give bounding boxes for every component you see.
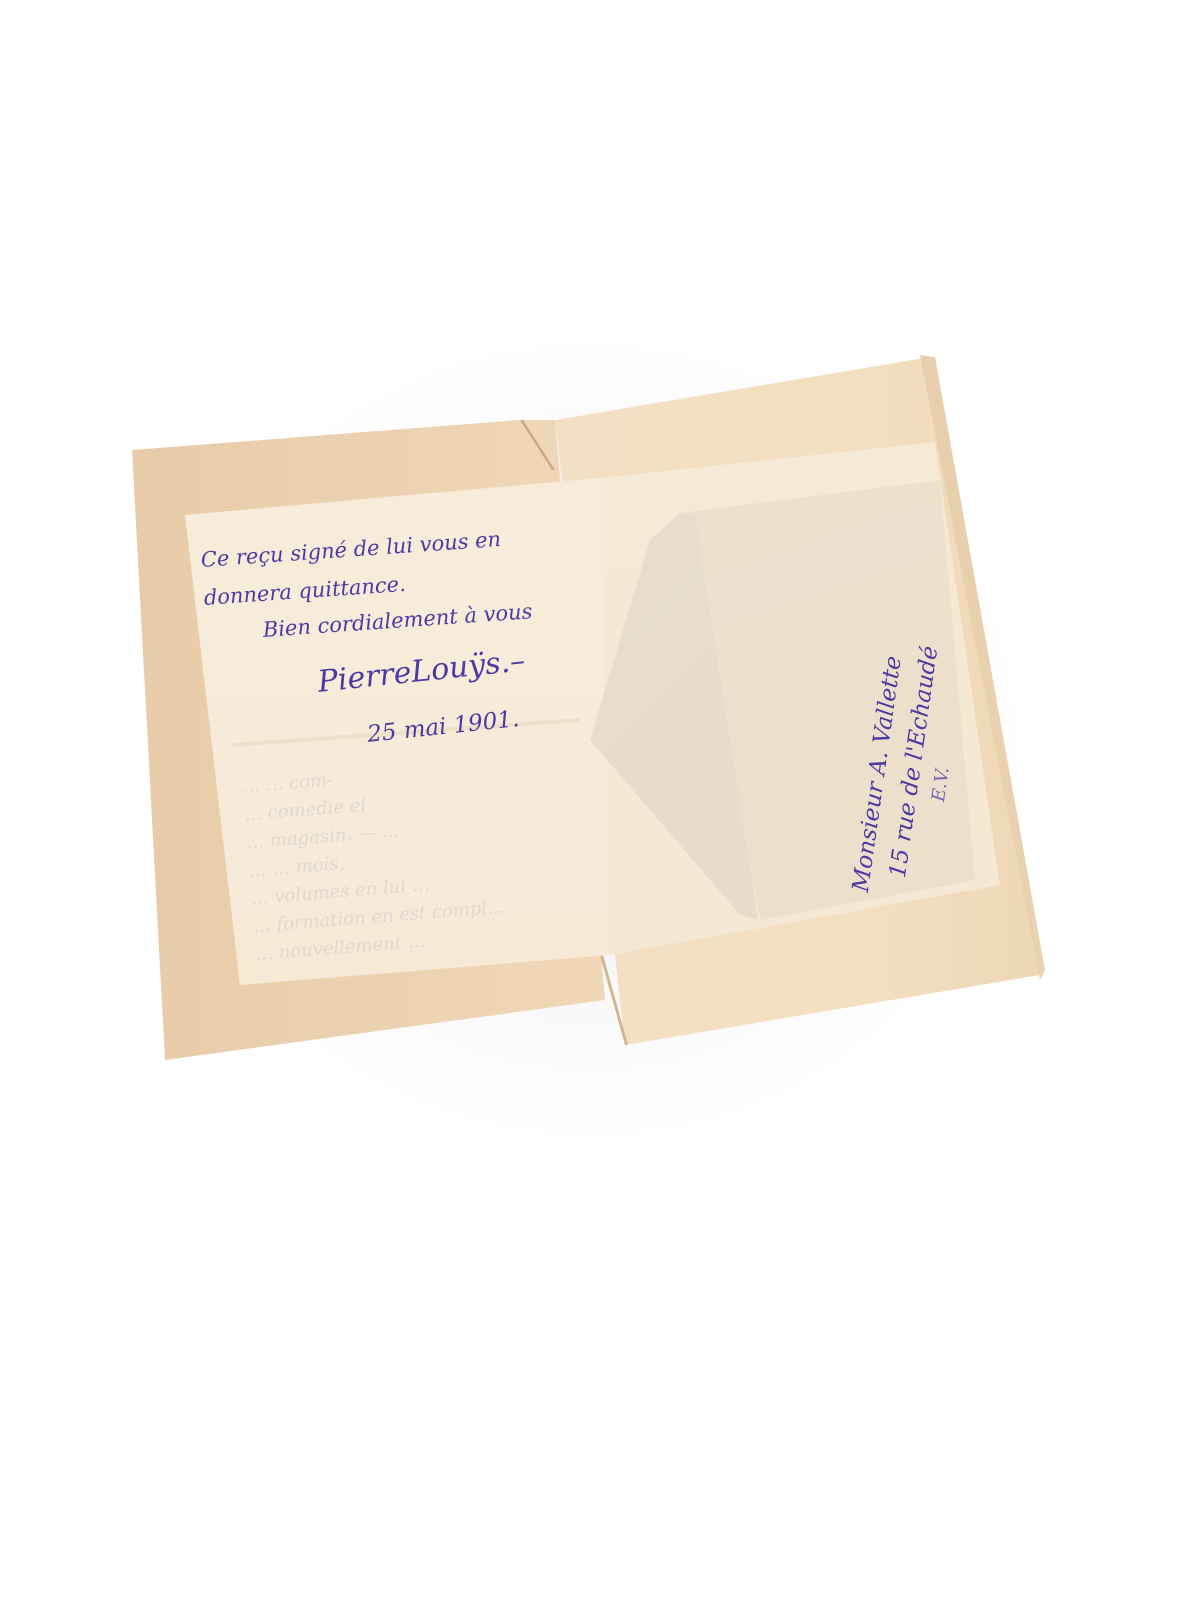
letter-bleed-through-text: … … com- … comedie el … magasin. — … … ……: [241, 747, 595, 969]
